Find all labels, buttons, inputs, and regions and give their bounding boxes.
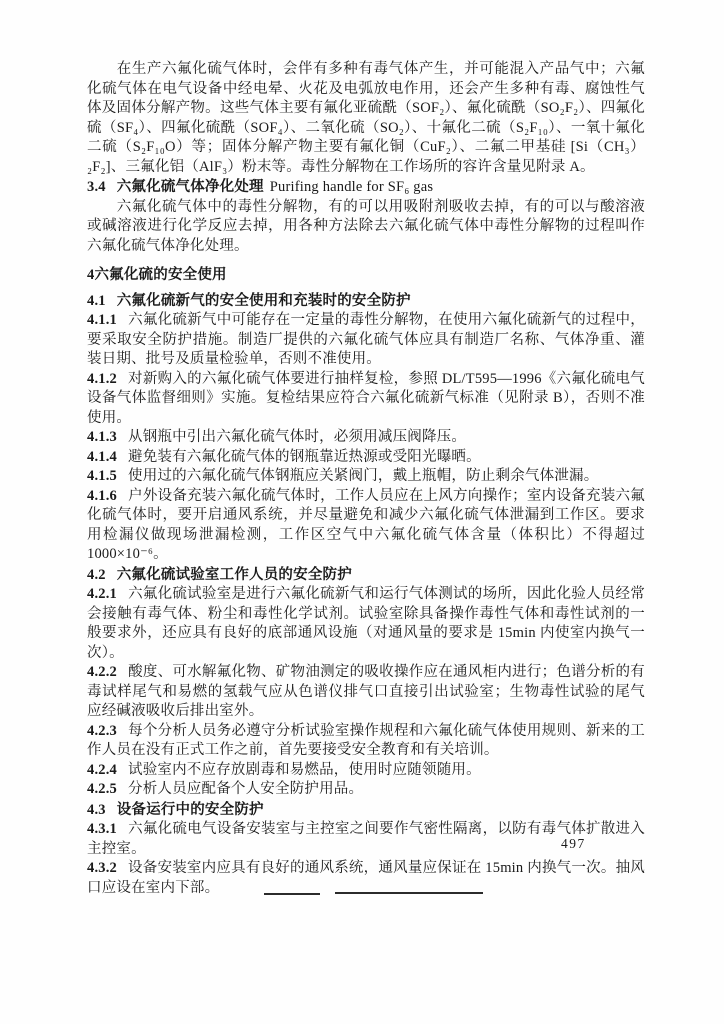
clause-number: 4.1.1: [87, 312, 128, 328]
clause-number: 4.1.6: [87, 488, 128, 504]
clause-4-2-3: 4.2.3每个分析人员务必遵守分析试验室操作规程和六氟化硫气体使用规则、新来的工…: [87, 722, 645, 761]
clause-4-1-3: 4.1.3从钢瓶中引出六氟化硫气体时，必须用减压阀降压。: [87, 428, 645, 448]
section-title: 六氟化硫新气的安全使用和充装时的安全防护: [117, 293, 411, 309]
clause-text: 设备安装室内应具有良好的通风系统，通风量应保证在 15min 内换气一次。抽风口…: [87, 860, 645, 896]
clause-number: 4.3.2: [87, 860, 128, 876]
clause-number: 4.1.2: [87, 371, 128, 387]
clause-4-2-1: 4.2.1六氟化硫试验室是进行六氟化硫新气和运行气体测试的场所，因此化验人员经常…: [87, 585, 645, 663]
section-heading-4-3: 4.3设备运行中的安全防护: [87, 801, 645, 821]
clause-4-1-2: 4.1.2对新购入的六氟化硫气体要进行抽样复检，参照 DL/T595—1996《…: [87, 370, 645, 429]
clause-4-2-4: 4.2.4试验室内不应存放剧毒和易燃品，使用时应随领随用。: [87, 761, 645, 781]
clause-number: 4.1.5: [87, 468, 128, 484]
section-title-english: Purifing handle for SF₆ gas: [270, 179, 434, 195]
clause-number: 4.2.2: [87, 664, 128, 680]
clause-4-1-4: 4.1.4避免装有六氟化硫气体的钢瓶靠近热源或受阳光曝晒。: [87, 448, 645, 468]
clause-4-2-2: 4.2.2酸度、可水解氟化物、矿物油测定的吸收操作应在通风柜内进行；色谱分析的有…: [87, 663, 645, 722]
section-number: 4.3: [87, 802, 117, 818]
clause-number: 4.2.3: [87, 723, 128, 739]
clause-4-1-1: 4.1.1六氟化硫新气中可能存在一定量的毒性分解物，在使用六氟化硫新气的过程中，…: [87, 311, 645, 370]
section-title: 六氟化硫气体净化处理: [117, 179, 264, 195]
clause-text: 户外设备充装六氟化硫气体时，工作人员应在上风方向操作；室内设备充装六氟化硫气体时…: [87, 488, 645, 563]
section-title: 设备运行中的安全防护: [117, 802, 264, 818]
clause-number: 4.2.1: [87, 586, 128, 602]
page-number: 497: [561, 836, 586, 852]
clause-text: 每个分析人员务必遵守分析试验室操作规程和六氟化硫气体使用规则、新来的工作人员在没…: [87, 723, 645, 759]
chapter-heading-4: 4六氟化硫的安全使用: [87, 266, 645, 286]
paragraph-3-4-body: 六氟化硫气体中的毒性分解物，有的可以用吸附剂吸收去掉，有的可以与酸溶液或碱溶液进…: [87, 198, 645, 257]
clause-number: 4.1.3: [87, 429, 128, 445]
section-heading-4-2: 4.2六氟化硫试验室工作人员的安全防护: [87, 566, 645, 586]
clause-number: 4.2.4: [87, 762, 128, 778]
document-text-block: 在生产六氟化硫气体时，会伴有多种有毒气体产生，并可能混入产品气中；六氟化硫气体在…: [87, 60, 645, 898]
section-number: 4.2: [87, 567, 117, 583]
section-heading-3-4: 3.4六氟化硫气体净化处理Purifing handle for SF₆ gas: [87, 178, 645, 198]
clause-number: 4.3.1: [87, 821, 128, 837]
clause-text: 六氟化硫试验室是进行六氟化硫新气和运行气体测试的场所，因此化验人员经常会接触有毒…: [87, 586, 645, 661]
document-page: 在生产六氟化硫气体时，会伴有多种有毒气体产生，并可能混入产品气中；六氟化硫气体在…: [0, 0, 724, 1024]
clause-number: 4.2.5: [87, 781, 128, 797]
clause-text: 六氟化硫新气中可能存在一定量的毒性分解物，在使用六氟化硫新气的过程中，要采取安全…: [87, 312, 645, 367]
clause-4-1-5: 4.1.5使用过的六氟化硫气体钢瓶应关紧阀门，戴上瓶帽，防止剩余气体泄漏。: [87, 467, 645, 487]
clause-number: 4.1.4: [87, 449, 128, 465]
clause-text: 对新购入的六氟化硫气体要进行抽样复检，参照 DL/T595—1996《六氟化硫电…: [87, 371, 645, 426]
clause-text: 避免装有六氟化硫气体的钢瓶靠近热源或受阳光曝晒。: [128, 449, 481, 465]
clause-4-2-5: 4.2.5分析人员应配备个人安全防护用品。: [87, 780, 645, 800]
scan-artifact-line: [264, 893, 320, 895]
section-number: 3.4: [87, 179, 117, 195]
clause-text: 使用过的六氟化硫气体钢瓶应关紧阀门，戴上瓶帽，防止剩余气体泄漏。: [128, 468, 598, 484]
clause-text: 酸度、可水解氟化物、矿物油测定的吸收操作应在通风柜内进行；色谱分析的有毒试样尾气…: [87, 664, 645, 719]
chapter-title: 六氟化硫的安全使用: [94, 267, 226, 283]
clause-text: 从钢瓶中引出六氟化硫气体时，必须用减压阀降压。: [128, 429, 466, 445]
clause-text: 分析人员应配备个人安全防护用品。: [128, 781, 363, 797]
clause-4-1-6: 4.1.6户外设备充装六氟化硫气体时，工作人员应在上风方向操作；室内设备充装六氟…: [87, 487, 645, 565]
section-title: 六氟化硫试验室工作人员的安全防护: [117, 567, 352, 583]
clause-text: 试验室内不应存放剧毒和易燃品，使用时应随领随用。: [128, 762, 481, 778]
scan-artifact-line: [335, 892, 483, 894]
section-number: 4.1: [87, 293, 117, 309]
section-heading-4-1: 4.1六氟化硫新气的安全使用和充装时的安全防护: [87, 292, 645, 312]
intro-paragraph: 在生产六氟化硫气体时，会伴有多种有毒气体产生，并可能混入产品气中；六氟化硫气体在…: [87, 60, 645, 177]
